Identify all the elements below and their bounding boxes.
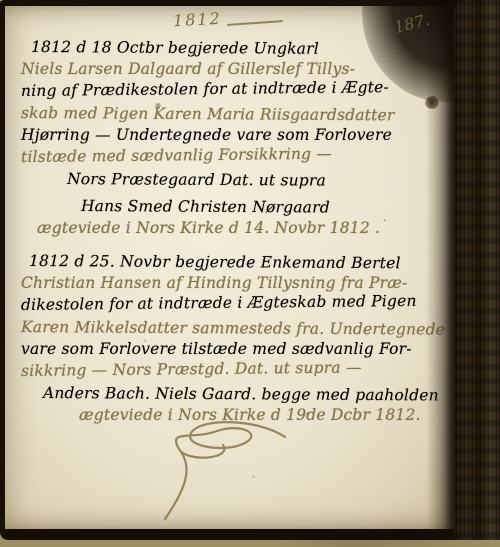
manuscript-line: Nors Præstegaard Dat. ut supra (67, 168, 449, 192)
manuscript-line: dikestolen for at indtræde i Ægteskab me… (21, 290, 449, 316)
pen-flourish-icon (127, 421, 307, 531)
book-binding-edge (454, 0, 500, 547)
manuscript-line: Hans Smed Christen Nørgaard (81, 195, 449, 219)
manuscript-line: sikkring — Nors Præstgd. Dat. ut supra — (21, 356, 449, 382)
entry-1812-nov-25: 1812 d 25. Novbr begjerede Enkemand Bert… (21, 250, 449, 426)
header-flourish-stroke (227, 20, 283, 26)
manuscript-line: Karen Mikkelsdatter sammesteds fra. Unde… (21, 316, 449, 341)
manuscript-line: Anders Bach. Niels Gaard. begge med paah… (43, 382, 449, 406)
manuscript-line: ning af Prædikestolen for at indtræde i … (21, 76, 449, 102)
manuscript-line: ægteviede i Nors Kirke d 14. Novbr 1812 … (37, 217, 449, 239)
witness-signatures: Hans Smed Christen Nørgaardægteviede i N… (21, 195, 449, 239)
paper-sheet: 1812 1812 d 18 Octbr begjerede UngkarlNi… (0, 0, 457, 540)
ink-speck (155, 103, 161, 108)
background-mat (0, 540, 500, 547)
manuscript-line: tilstæde med sædvanlig Forsikkring — (21, 142, 449, 168)
manuscript-line: 1812 d 25. Novbr begjerede Enkemand Bert… (29, 250, 449, 275)
header-year: 1812 (173, 9, 223, 31)
manuscript-line: skab med Pigen Karen Maria Riisgaardsdat… (21, 102, 449, 127)
manuscript-text: 1812 d 18 Octbr begjerede UngkarlNiels L… (21, 36, 449, 426)
scanned-register-page: 1812 1812 d 18 Octbr begjerede UngkarlNi… (0, 0, 500, 547)
